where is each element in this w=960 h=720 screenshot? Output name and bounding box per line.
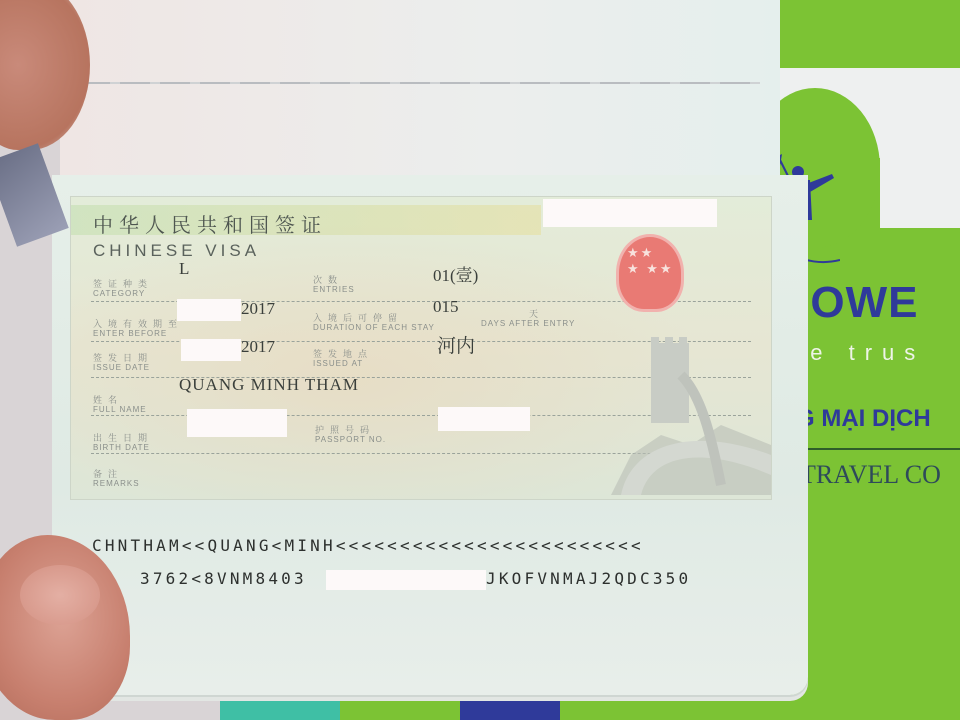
redacted-passport-no: [438, 407, 530, 431]
duration-unit: 天 DAYS AFTER ENTRY: [481, 309, 575, 329]
enter-before-value: 2017: [241, 299, 275, 319]
entries-value: 01(壹): [433, 261, 478, 286]
remarks-label: 备注 REMARKS: [93, 469, 140, 489]
entries-label: 次数 ENTRIES: [313, 275, 355, 295]
page-perforation-line: [80, 82, 760, 84]
brochure-tagline: he trus: [788, 340, 925, 366]
redacted-enter-before: [177, 299, 241, 321]
brochure-travel-line: TRAVEL CO: [800, 460, 941, 490]
category-value: L: [179, 259, 189, 279]
redacted-visa-number: [543, 199, 717, 227]
brochure-divider: [800, 448, 960, 450]
redacted-mrz: [326, 570, 486, 590]
redacted-birth-date: [187, 409, 287, 437]
mrz-line-1: CHNTHAM<<QUANG<MINH<<<<<<<<<<<<<<<<<<<<<…: [92, 536, 644, 555]
passport-upper-page: [60, 0, 780, 177]
visa-title-english: CHINESE VISA: [93, 241, 260, 261]
enter-before-label: 入境有效期至 ENTER BEFORE: [93, 319, 183, 339]
duration-value: 015: [433, 297, 459, 317]
brochure-company-line: G MẠI DỊCH: [796, 405, 931, 433]
issued-at-label: 签发地点 ISSUED AT: [313, 349, 373, 369]
full-name-label: 姓名 FULL NAME: [93, 395, 147, 415]
mrz-line-2-end: JKOFVNMAJ2QDC350: [486, 569, 691, 588]
passport-no-label: 护照号码 PASSPORT NO.: [315, 425, 386, 445]
visa-title-chinese: 中华人民共和国签证: [93, 209, 327, 238]
national-emblem-icon: ★★★ ★★: [619, 237, 681, 309]
full-name-value: QUANG MINH THAM: [179, 375, 359, 395]
chinese-visa-sticker: 中华人民共和国签证 CHINESE VISA 签证种类 CATEGORY L 次…: [70, 196, 772, 500]
issue-date-value: 2017: [241, 337, 275, 357]
issue-date-label: 签发日期 ISSUE DATE: [93, 353, 153, 373]
category-label: 签证种类 CATEGORY: [93, 279, 153, 299]
great-wall-illustration-icon: [611, 335, 771, 495]
brochure-white-panel: [880, 68, 960, 228]
mrz-line-2-start: 3762<8VNM8403: [140, 569, 307, 588]
issued-at-value: 河内: [437, 331, 475, 358]
redacted-issue-date: [181, 339, 241, 361]
duration-label: 入境后可停留 DURATION OF EACH STAY: [313, 313, 435, 333]
birth-date-label: 出生日期 BIRTH DATE: [93, 433, 153, 453]
